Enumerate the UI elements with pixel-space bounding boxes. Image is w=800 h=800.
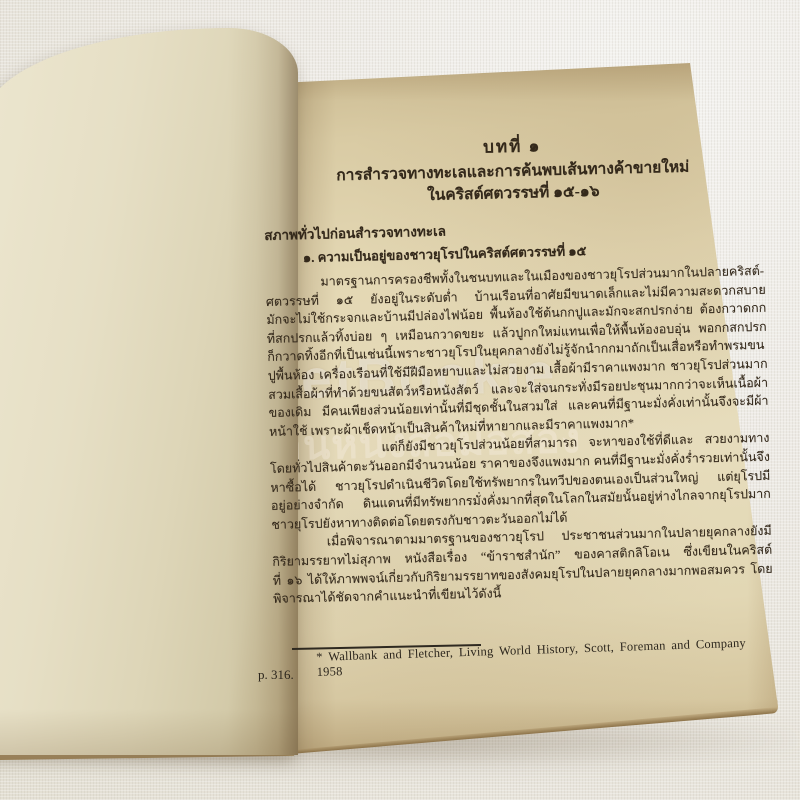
body-paragraph: มาตรฐานการครองชีพทั้งในชนบทและในเมืองของ… <box>265 262 769 442</box>
book-photo: { "colors": { "ink": "#34291b", "paper_r… <box>0 0 800 800</box>
left-page-blank <box>0 28 298 755</box>
body-paragraph: เมื่อพิจารณาตามมาตรฐานของชาวยุโรป ประชาช… <box>272 522 774 609</box>
footnote-page-number: p. 316. <box>258 667 294 683</box>
body-paragraph: แต่ก็ยังมีชาวยุโรปส่วนน้อยที่สามารถ จะหา… <box>269 429 771 534</box>
body-paragraphs: มาตรฐานการครองชีพทั้งในชนบทและในเมืองของ… <box>265 262 773 609</box>
page-text: บทที่ ๑ การสำรวจทางทะเลและการค้นพบเส้นทา… <box>262 130 773 609</box>
